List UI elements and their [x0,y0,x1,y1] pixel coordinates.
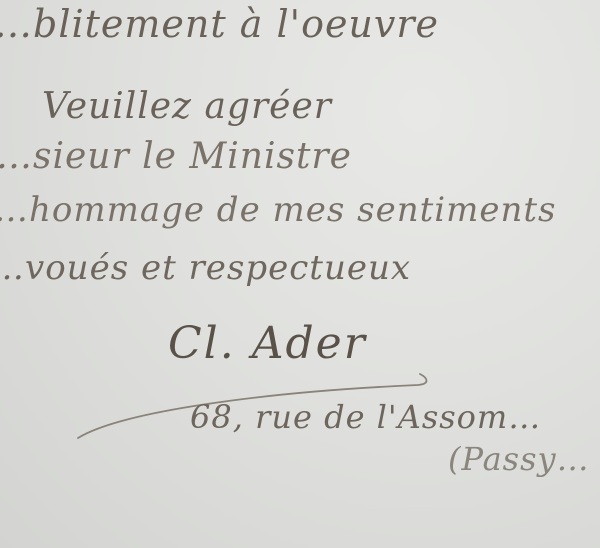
letter-line-4: …hommage de mes sentiments [0,190,557,230]
letter-line-2: Veuillez agréer [42,86,332,127]
address-street: 68, rue de l'Assom… [190,398,541,436]
address-city: (Passy… [448,440,590,478]
letter-page: …blitement à l'oeuvre Veuillez agréer …s… [0,0,600,548]
letter-line-3: …sieur le Ministre [0,136,352,177]
letter-line-5: …voués et respectueux [0,248,411,288]
letter-line-1: …blitement à l'oeuvre [0,2,439,46]
signature: Cl. Ader [168,318,367,369]
